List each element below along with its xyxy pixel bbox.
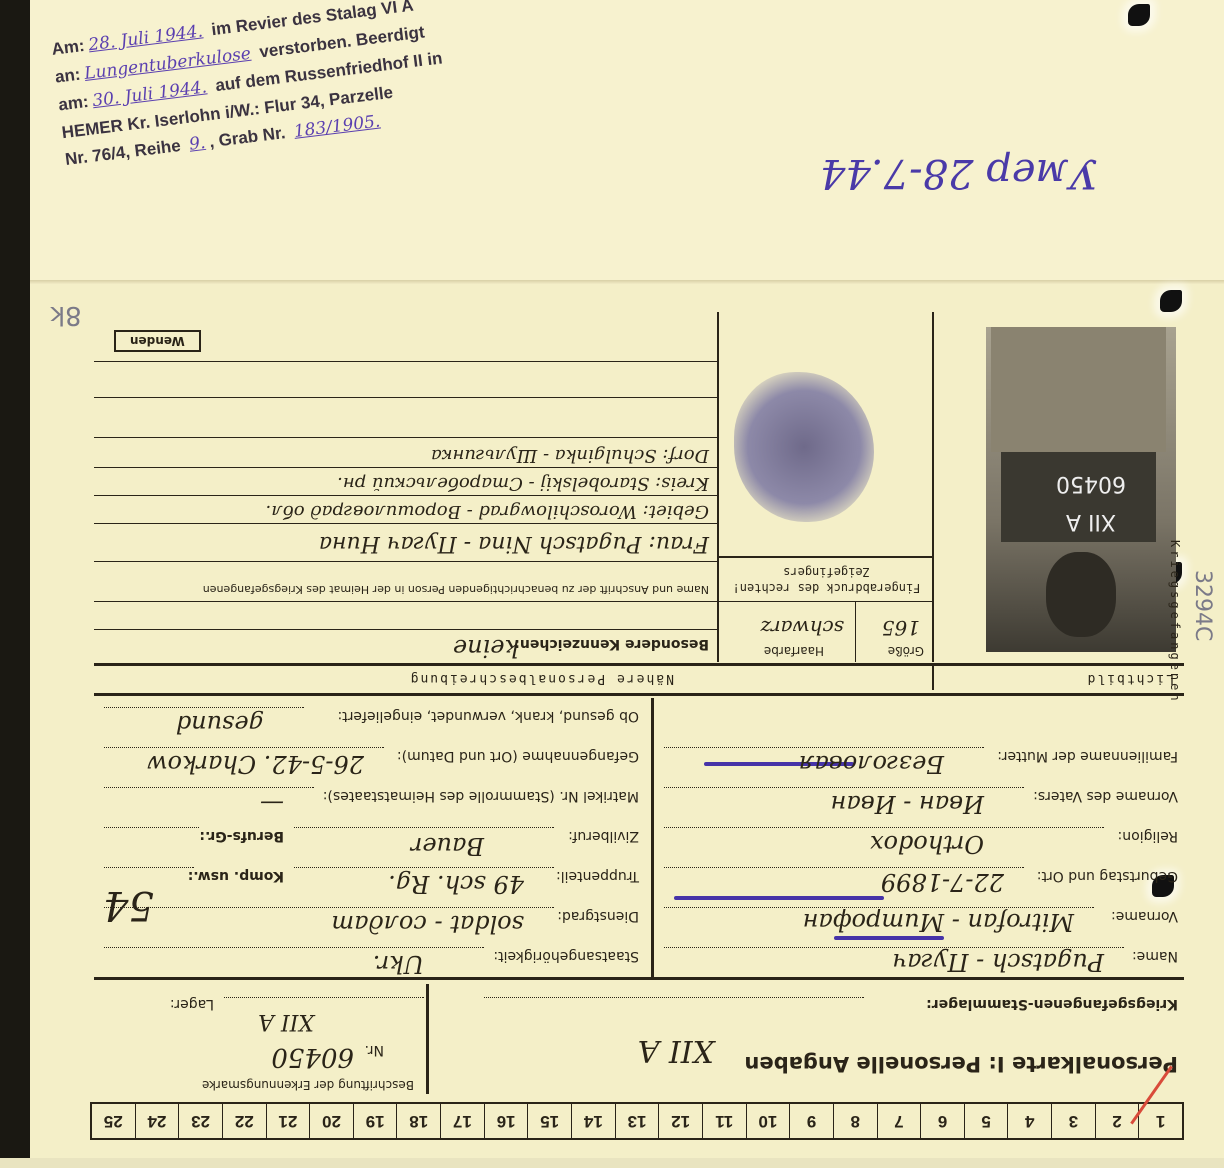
field-line [104, 747, 384, 748]
dienstgrad-value: soldat - солдат [331, 910, 524, 938]
pencil-corner-note: 8k [50, 300, 82, 330]
gesundheit-value: gesund [176, 710, 264, 738]
number-cell: 17 [440, 1104, 484, 1138]
prisoner-photo: XII A 60450 [986, 327, 1176, 652]
dienstgrad-label: Dienstgrad: [557, 908, 639, 924]
vorname-value: Mitrofan - Митрофан [803, 908, 1074, 936]
mutter-value: Безголовая [799, 750, 944, 778]
zivilberuf-value: Bauer [411, 832, 484, 860]
stammlager-value: XII A [638, 1033, 714, 1068]
lichtbild-label: Lichtbild [1086, 671, 1174, 686]
photo-face [1046, 552, 1116, 637]
matrikel-label: Matrikel Nr. (Stammrolle des Heimatstaat… [323, 788, 639, 804]
number-cell: 13 [615, 1104, 659, 1138]
stamp-label: Am: [50, 36, 85, 59]
slate-text: XII A [1066, 509, 1116, 534]
field-line [104, 827, 199, 828]
komp-label: Komp. usw.: [188, 868, 284, 884]
number-cell: 15 [527, 1104, 571, 1138]
field-line [104, 947, 484, 948]
groesse-value: 165 [882, 616, 920, 640]
rule [94, 361, 719, 362]
lager-line [224, 997, 424, 998]
fingerprint-column: Größe Haarfarbe 165 schwarz Fingerabdruc… [717, 312, 934, 662]
number-cell: 7 [877, 1104, 921, 1138]
groesse-label: Größe [888, 644, 924, 658]
number-cell: 10 [746, 1104, 790, 1138]
number-cell: 16 [484, 1104, 528, 1138]
margin-mark: 54 [103, 882, 154, 928]
divider [426, 984, 429, 1094]
number-cell: 24 [135, 1104, 179, 1138]
field-line [104, 907, 554, 908]
vater-value: Иван - Иван [831, 790, 984, 818]
number-cell: 9 [789, 1104, 833, 1138]
rule [94, 495, 719, 496]
haarfarbe-value: schwarz [761, 616, 845, 640]
column-divider [651, 698, 654, 978]
gefangennahme-value: 26-5-42. Charkow [147, 750, 364, 778]
number-cell: 1 [1138, 1104, 1182, 1138]
field-line [104, 707, 304, 708]
scan-bottom-edge [0, 1158, 1224, 1168]
slate-text: 60450 [1056, 471, 1126, 496]
rule [94, 523, 719, 524]
field-line [664, 827, 1104, 828]
lager-label: Lager: [170, 996, 214, 1012]
nr-label: Nr. [365, 1042, 384, 1058]
photo-column: XII A 60450 [932, 312, 1184, 662]
zivilberuf-label: Zivilberuf: [568, 828, 639, 844]
matrikel-value: — [260, 790, 284, 818]
truppenteil-label: Truppenteil: [556, 868, 639, 884]
field-line [664, 747, 984, 748]
nr-lager-value: XII A [258, 1009, 314, 1034]
reihe-value: 9. [184, 132, 210, 155]
number-cell: 8 [833, 1104, 877, 1138]
rule [94, 437, 719, 438]
gefangennahme-label: Gefangennahme (Ort und Datum): [397, 748, 639, 764]
stamp-label: , Grab Nr. [208, 123, 286, 151]
religion-value: Orthodox [870, 830, 984, 858]
wenden-box: Wenden [114, 330, 201, 352]
number-cell: 25 [92, 1104, 135, 1138]
death-note-handwriting: Умер 28-7.44 [820, 150, 1098, 196]
mutter-label: Familienname der Mutter: [997, 748, 1178, 764]
angehoerige-line: Kreis: Starobelskij - Старобельский рн. [337, 473, 709, 494]
number-cell: 4 [1007, 1104, 1051, 1138]
kennzeichen-value: keine [453, 634, 519, 662]
stammlager-line [484, 997, 864, 998]
field-line [104, 787, 314, 788]
geburtstag-value: 22-7-1899 [881, 868, 1004, 896]
staatsangehoerigkeit-value: Ukr. [373, 950, 424, 978]
field-line [294, 827, 554, 828]
number-cell: 18 [396, 1104, 440, 1138]
rule [94, 397, 719, 398]
divider [855, 602, 856, 662]
divider [932, 666, 934, 690]
pow-number: 60450 [271, 1042, 354, 1072]
rule [94, 467, 719, 468]
rule [94, 629, 719, 630]
stamp-label: am: [57, 92, 89, 115]
fingerprint-image [734, 372, 874, 522]
number-cell: 3 [1051, 1104, 1095, 1138]
angehoerige-line: Frau: Pugatsch Nina - Пугач Нина [319, 531, 709, 556]
photo-slate: XII A 60450 [1001, 452, 1156, 542]
religion-label: Religion: [1118, 828, 1178, 844]
section-rule [94, 693, 1184, 696]
angehoerige-line: Dorf: Schulginka - Шульгинка [431, 445, 709, 466]
vorname-label: Vorname: [1111, 908, 1178, 924]
pencil-note: 3294C [1190, 570, 1215, 641]
number-cell: 21 [266, 1104, 310, 1138]
section-rule [94, 663, 1184, 666]
number-cell: 23 [178, 1104, 222, 1138]
stamp-label: an: [54, 65, 82, 87]
staatsangehoerigkeit-label: Staatsangehörigkeit: [493, 948, 639, 964]
number-cell: 11 [702, 1104, 746, 1138]
personalbeschreibung-label: Nähere Personalbeschreibung [409, 671, 674, 686]
punch-hole-icon [1128, 4, 1150, 26]
personal-data-section: Name: Pugatsch - Пугач Vorname: Mitrofan… [94, 698, 1184, 978]
description-header: Lichtbild Nähere Personalbeschreibung [94, 666, 1184, 690]
divider [719, 556, 934, 558]
field-line [294, 867, 554, 868]
name-label: Name: [1132, 948, 1178, 964]
rule [94, 561, 719, 562]
berufs-gr-label: Berufs-Gr.: [199, 828, 284, 844]
size-hair-row: Größe Haarfarbe 165 schwarz [719, 601, 934, 662]
geburtstag-label: Geburtstag und Ort: [1037, 868, 1178, 884]
number-cell: 19 [353, 1104, 397, 1138]
fingerabdruck-label: Fingerabdruck des rechten! Zeigefingers [729, 564, 924, 596]
scan-border [0, 0, 30, 1168]
angehoerige-line: Gebiet: Woroschilowgrad - Ворошиловград … [266, 501, 709, 522]
number-cell: 20 [309, 1104, 353, 1138]
description-section: XII A 60450 Größe Haarfarbe 165 schwarz … [94, 312, 1184, 662]
stammlager-label: Kriegsgefangenen-Stammlager: [926, 996, 1178, 1012]
number-cell: 14 [571, 1104, 615, 1138]
field-line [664, 787, 1024, 788]
truppenteil-value: 49 sch. Rg. [388, 870, 524, 898]
haarfarbe-label: Haarfarbe [764, 644, 824, 658]
vater-label: Vorname des Vaters: [1033, 788, 1178, 804]
number-cell: 5 [964, 1104, 1008, 1138]
field-line [104, 867, 194, 868]
kennzeichen-label: Besondere Kennzeichen: [514, 636, 709, 652]
erkennungsmarke-label: Beschriftung der Erkennungsmarke [202, 1078, 414, 1092]
rule [94, 601, 719, 602]
photo-body [991, 327, 1166, 452]
remarks-column: Besondere Kennzeichen: keine Name und An… [94, 312, 719, 662]
number-strip: 1 2 3 4 5 6 7 8 9 10 11 12 13 14 15 16 1… [90, 1102, 1184, 1140]
side-label: Kriegsgefangenen [1168, 540, 1182, 704]
angehoerige-label: Name und Anschrift der zu benachrichtige… [109, 583, 709, 596]
card-header: Personalkarte I: Personelle Angaben Krie… [94, 977, 1184, 1098]
number-cell: 22 [222, 1104, 266, 1138]
underline-mark [834, 936, 944, 940]
number-cell: 6 [920, 1104, 964, 1138]
name-value: Pugatsch - Пугач [892, 948, 1104, 976]
card-title: Personalkarte I: Personelle Angaben [744, 1052, 1178, 1076]
personalkarte: 1 2 3 4 5 6 7 8 9 10 11 12 13 14 15 16 1… [30, 284, 1224, 1158]
underline-mark [674, 896, 884, 900]
gesundheit-label: Ob gesund, krank, verwundet, eingeliefer… [337, 708, 639, 724]
number-cell: 12 [658, 1104, 702, 1138]
